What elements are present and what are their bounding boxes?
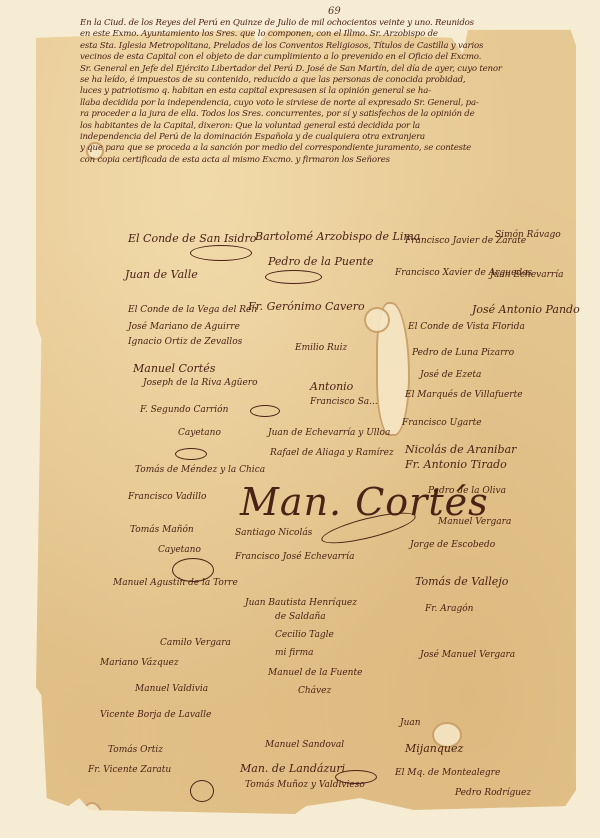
signature: Emilio Ruiz xyxy=(295,343,347,353)
signature: Manuel de la Fuente xyxy=(268,668,362,678)
body-line: y que para que se proceda a la sanción p… xyxy=(80,143,580,154)
signature: Pedro de la Oliva xyxy=(428,486,506,496)
signature: Fr. Gerónimo Cavero xyxy=(248,300,365,313)
signature: Mariano Vázquez xyxy=(100,658,179,668)
signature: Tomás Ortiz xyxy=(108,745,163,755)
signature: Tomás de Méndez y la Chica xyxy=(135,465,265,475)
act-body-text: En la Ciud. de los Reyes del Perú en Qui… xyxy=(80,18,580,166)
signature-flourish xyxy=(250,405,280,417)
signature: Juan Echevarría xyxy=(490,270,563,280)
signature: Santiago Nicolás xyxy=(235,528,312,538)
signature: Juan xyxy=(400,718,421,728)
signature: Francisco Vadillo xyxy=(128,492,206,502)
signature: Vicente Borja de Lavalle xyxy=(100,710,211,720)
signature-flourish xyxy=(190,780,214,802)
signature: Manuel Vergara xyxy=(438,517,511,527)
body-line: independencia del Perú de la dominación … xyxy=(80,132,580,143)
body-line: en este Exmo. Ayuntamiento los Sres. que… xyxy=(80,29,580,40)
signature: Man. de Landázuri xyxy=(240,762,345,775)
body-line: esta Sta. Iglesia Metropolitana, Prelado… xyxy=(80,41,580,52)
body-line: llaba decidida por la independencia, cuy… xyxy=(80,98,580,109)
signature-flourish xyxy=(265,270,322,284)
signature: Cecilio Tagle xyxy=(275,630,334,640)
signature: Cayetano xyxy=(178,428,221,438)
signature-flourish xyxy=(172,558,214,582)
signature: Manuel Agustín de la Torre xyxy=(113,578,238,588)
signature: Francisco Sa... xyxy=(310,397,378,407)
signature: El Marqués de Villafuerte xyxy=(405,390,523,400)
signature: Cayetano xyxy=(158,545,201,555)
body-line: vecinos de esta Capital con el objeto de… xyxy=(80,52,580,63)
signature: José Antonio Pando xyxy=(472,303,580,316)
signature: Mijanquez xyxy=(405,742,463,755)
water-stain-bottom xyxy=(81,802,103,834)
signature: Manuel Cortés xyxy=(133,362,215,375)
signature: F. Segundo Carrión xyxy=(140,405,228,415)
signature: Jorge de Escobedo xyxy=(410,540,495,550)
signature: Manuel Valdivia xyxy=(135,684,208,694)
signature: Francisco José Echevarría xyxy=(235,552,354,562)
signature: Fr. Aragón xyxy=(425,604,473,614)
signature: Bartolomé Arzobispo de Lima xyxy=(255,230,420,243)
water-stain-medium xyxy=(364,307,390,333)
signature: Fr. Antonio Tirado xyxy=(405,458,507,471)
signature-flourish xyxy=(335,770,377,784)
signature: El Conde de Vista Florida xyxy=(408,322,525,332)
signature: mi firma xyxy=(275,648,313,658)
signature: El Conde de San Isidro xyxy=(128,232,256,245)
signature: Tomás Mañón xyxy=(130,525,194,535)
body-line: se ha leído, é impuestos de su contenido… xyxy=(80,75,580,86)
signature: Ignacio Ortiz de Zevallos xyxy=(128,337,242,347)
signature: Juan de Echevarría y Ulloa xyxy=(268,428,390,438)
signature: Nicolás de Aranibar xyxy=(405,443,516,456)
signature: Tomás de Vallejo xyxy=(415,575,508,588)
signature: Manuel Sandoval xyxy=(265,740,344,750)
signature-flourish xyxy=(190,245,252,261)
body-line: ra proceder a la jura de ella. Todos los… xyxy=(80,109,580,120)
body-line: Sr. General en Jefe del Ejército Liberta… xyxy=(80,64,580,75)
signature: José de Ezeta xyxy=(420,370,481,380)
signature: Pedro Rodríguez xyxy=(455,788,531,798)
page-number: 69 xyxy=(328,6,341,17)
signature: El Mq. de Montealegre xyxy=(395,768,500,778)
signature: Camilo Vergara xyxy=(160,638,231,648)
body-line: los habitantes de la Capital, dixeron: Q… xyxy=(80,121,580,132)
signature: Joseph de la Riva Agüero xyxy=(143,378,258,388)
signature: Rafael de Aliaga y Ramírez xyxy=(270,448,394,458)
body-line: luces y patriotismo q. habitan en esta c… xyxy=(80,86,580,97)
signature: El Conde de la Vega del Ren xyxy=(128,305,257,315)
signature: Fr. Vicente Zaratu xyxy=(88,765,171,775)
signature: Francisco Ugarte xyxy=(402,418,482,428)
signature: José Manuel Vergara xyxy=(420,650,515,660)
signature: Simón Rávago xyxy=(495,230,561,240)
signature-flourish xyxy=(175,448,207,460)
signature: de Saldaña xyxy=(275,612,326,622)
body-line: En la Ciud. de los Reyes del Perú en Qui… xyxy=(80,18,580,29)
signature: Juan Bautista Henríquez xyxy=(245,598,357,608)
signature: Juan de Valle xyxy=(125,268,198,281)
signature: Chávez xyxy=(298,686,331,696)
body-line: con copia certificada de esta acta al mi… xyxy=(80,155,580,166)
signature: Antonio xyxy=(310,380,353,393)
signature: José Mariano de Aguirre xyxy=(128,322,240,332)
signature: Pedro de la Puente xyxy=(268,255,373,268)
signature: Pedro de Luna Pizarro xyxy=(412,348,514,358)
